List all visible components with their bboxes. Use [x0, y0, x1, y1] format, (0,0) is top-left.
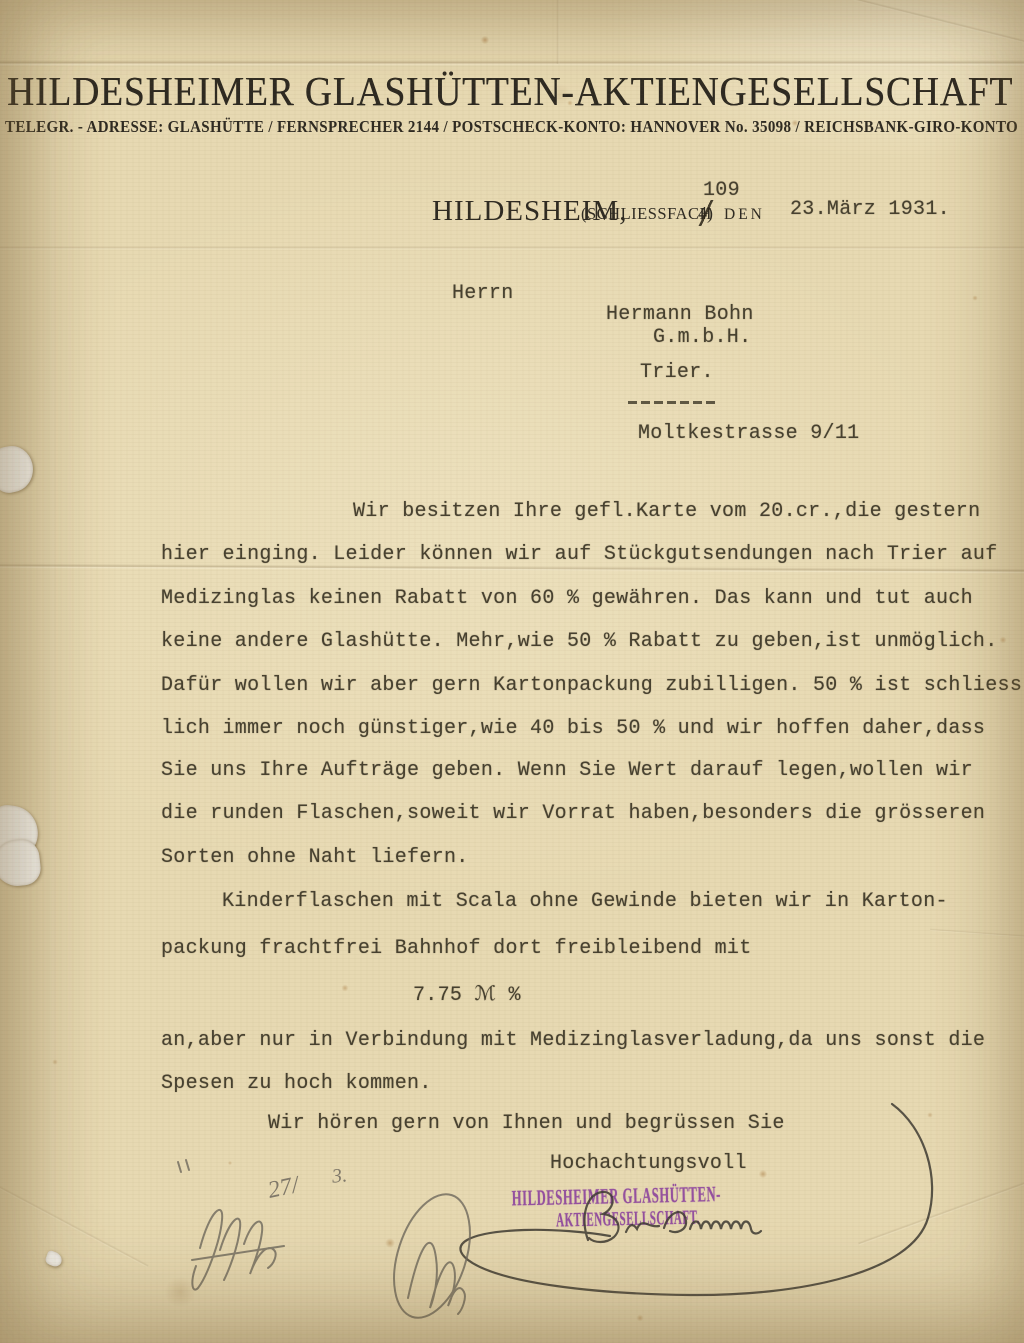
- letter-page: HILDESHEIMER GLASHÜTTEN-AKTIENGESELLSCHA…: [0, 0, 1024, 1343]
- paper-vignette: [0, 0, 1024, 1343]
